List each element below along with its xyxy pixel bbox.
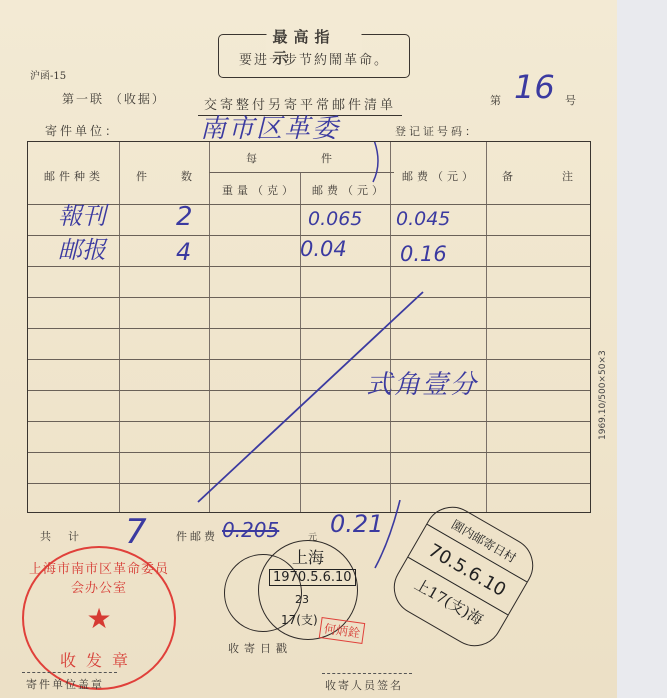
- sender-signature: 南市区革委: [200, 108, 340, 145]
- sender-label: 寄件单位：: [45, 122, 120, 139]
- postage-label: 件邮费: [176, 528, 218, 544]
- postmark-branch: 17(支): [281, 611, 318, 628]
- sender-seal-label: 寄件单位盖章: [26, 676, 104, 692]
- mail-table: 邮件种类 件 数 每 件 重量（克） 邮费（元） 邮费（元） 备 注 報刊 2 …: [27, 141, 591, 513]
- total-count: 7: [125, 512, 147, 552]
- red-seal-bottom: 收发章: [24, 648, 174, 671]
- print-info: 1969.10/500×50×3: [598, 350, 608, 440]
- number-prefix: 第: [490, 92, 504, 108]
- postmark-date: 1970.5.6.10: [269, 569, 356, 586]
- sender-red-seal: 上海市南市区革命委员会办公室 ★ 收发章: [22, 546, 176, 690]
- quotation-body: 要进一步节約鬧革命。: [219, 49, 409, 68]
- total-postage-struck: 0.205: [222, 518, 279, 542]
- date-stamp-label: 收寄日戳: [228, 640, 292, 656]
- pen-stroke: [370, 500, 410, 570]
- red-seal-text: 上海市南市区革命委员会办公室: [24, 558, 174, 596]
- postal-form-paper: 最高指示 要进一步节約鬧革命。 沪函-15 第一联 （收据） 交寄整付另寄平常邮…: [0, 0, 617, 698]
- number-suffix: 号: [565, 92, 579, 108]
- quotation-box: 最高指示 要进一步节約鬧革命。: [218, 34, 410, 78]
- total-label: 共 计: [40, 528, 82, 544]
- copy-label: 第一联 （收据）: [62, 90, 166, 107]
- star-icon: ★: [24, 602, 174, 635]
- form-code: 沪函-15: [30, 67, 66, 82]
- form-number: 16: [514, 68, 555, 106]
- name-chop: 何炳銓: [319, 617, 366, 644]
- pen-strike-line: [28, 142, 590, 512]
- receiver-signature-label: 收寄人员签名: [325, 677, 403, 693]
- postmark-number: 23: [295, 593, 309, 606]
- registration-label: 登记证号码：: [395, 123, 479, 139]
- postmark-city: 上海: [259, 545, 357, 568]
